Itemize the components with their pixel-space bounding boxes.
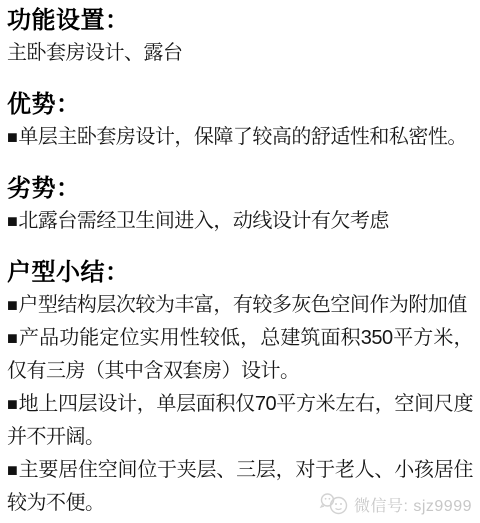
bullet-square-icon: ■ xyxy=(7,211,17,231)
section-heading: 功能设置： xyxy=(7,4,473,37)
bullet-square-icon: ■ xyxy=(7,127,17,147)
paragraph-text: 北露台需经卫生间进入，动线设计有欠考虑 xyxy=(18,210,389,232)
section: 户型小结：■户型结构层次较为丰富，有较多灰色空间作为附加值■产品功能定位实用性较… xyxy=(7,256,473,520)
paragraph-text: 主要居住空间位于夹层、三层，对于老人、小孩居住较为不便。 xyxy=(7,459,473,514)
bullet-square-icon: ■ xyxy=(7,460,18,480)
section-paragraph: ■北露台需经卫生间进入，动线设计有欠考虑 xyxy=(7,205,473,238)
sections: 功能设置：主卧套房设计、露台优势：■单层主卧套房设计，保障了较高的舒适性和私密性… xyxy=(7,4,473,520)
section-paragraph: ■主要居住空间位于夹层、三层，对于老人、小孩居住较为不便。 xyxy=(7,454,473,520)
bullet-square-icon: ■ xyxy=(7,394,18,414)
paragraph-text: 地上四层设计，单层面积仅70平方米左右，空间尺度并不开阔。 xyxy=(7,393,473,448)
section-paragraph: ■户型结构层次较为丰富，有较多灰色空间作为附加值 xyxy=(7,289,473,322)
section: 优势：■单层主卧套房设计，保障了较高的舒适性和私密性。 xyxy=(7,88,473,154)
section-heading: 劣势： xyxy=(7,172,473,205)
section-paragraph: ■单层主卧套房设计，保障了较高的舒适性和私密性。 xyxy=(7,121,473,154)
bullet-square-icon: ■ xyxy=(7,295,17,315)
section-paragraph: ■产品功能定位实用性较低，总建筑面积350平方米，仅有三房（其中含双套房）设计。 xyxy=(7,322,473,388)
section: 劣势：■北露台需经卫生间进入，动线设计有欠考虑 xyxy=(7,172,473,238)
bullet-square-icon: ■ xyxy=(7,328,18,348)
paragraph-text: 产品功能定位实用性较低，总建筑面积350平方米，仅有三房（其中含双套房）设计。 xyxy=(7,327,473,382)
section-paragraph: ■地上四层设计，单层面积仅70平方米左右，空间尺度并不开阔。 xyxy=(7,388,473,454)
paragraph-text: 户型结构层次较为丰富，有较多灰色空间作为附加值 xyxy=(18,294,467,316)
section-heading: 户型小结： xyxy=(7,256,473,289)
section: 功能设置：主卧套房设计、露台 xyxy=(7,4,473,70)
article-body: 功能设置：主卧套房设计、露台优势：■单层主卧套房设计，保障了较高的舒适性和私密性… xyxy=(0,0,480,523)
paragraph-text: 主卧套房设计、露台 xyxy=(7,42,183,64)
paragraph-text: 单层主卧套房设计，保障了较高的舒适性和私密性。 xyxy=(18,126,467,148)
section-paragraph: 主卧套房设计、露台 xyxy=(7,37,473,70)
section-heading: 优势： xyxy=(7,88,473,121)
